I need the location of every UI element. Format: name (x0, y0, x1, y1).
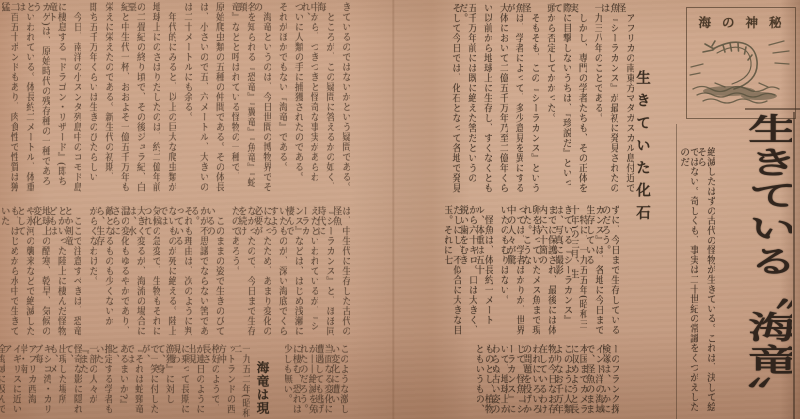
kicker-box: 海の神秘 (686, 7, 796, 119)
text-column: それがほかでもない『海竜』である。 (271, 2, 287, 196)
text-column: 一九五二年(昭和二 (235, 344, 250, 419)
text-column: ットランドの西方沖 (219, 344, 234, 419)
text-column: が連日のように出現 (189, 344, 204, 419)
text-column: とかいった陸上に棲んだ怪物どもは (50, 206, 66, 336)
sea-serpent-illustration-icon (689, 33, 793, 111)
text-column: 気候の急変で、生物もそれにつれて (145, 206, 161, 336)
text-column: 『それは蛇頸竜では (128, 344, 143, 419)
text-column: 一部の人々が『また (82, 344, 97, 419)
right-page-lower-text-band: ーのフランク探検隊は、いかにもインド洋の海域で、怪魚のままの本国までカメラに収め… (443, 344, 619, 419)
headline-rule-right (793, 112, 795, 419)
text-column: から六十キロ。口は大きく、鋭い歯をむき (461, 205, 477, 336)
text-column: 当面なる変化に遭遇しても逃げ (316, 344, 332, 419)
text-column: 大体において二億五千万年乃至二億年くら (492, 3, 508, 196)
text-column: アフリカ西海岸・南 (21, 344, 36, 419)
text-column: それも理由は、次のように判っている (176, 206, 192, 336)
text-column: カゲ)は、原始時代の残存種の一種であろう (34, 2, 50, 196)
text-column: は、中生代に生存した古代の怪魚 (334, 206, 350, 336)
text-column: 卵を持っていたメス魚まで現れた。こうな (524, 205, 540, 336)
text-column: たのであろう。 (224, 206, 240, 336)
text-column: 原始爬虫類の五種の仲間である。その体長 (208, 2, 224, 196)
text-column: 頭から否定してかかった。 (539, 3, 555, 196)
text-column: いて、地球上かわらぬ古い姿のま (493, 344, 509, 419)
left-page-middle-text-band: は、中生代に生存した古代の怪魚『シーラカンス』と、ほぼ同時代にえたといわれている… (2, 206, 350, 336)
text-column: は二十メートルにも余る。 (176, 2, 192, 196)
text-column: そして今日では、化石となって各地で発見 (444, 3, 460, 196)
text-column: っては、学者ばかりか、世界中の人々が驚 (508, 205, 524, 336)
right-page-middle-text-band: ずに、今日まで生存しているのだろう。カンス』は、各地に今日まで生存している 特に… (443, 205, 619, 336)
text-column: だしにし、不似合に大きな目玉。それに七 (445, 205, 461, 336)
text-column: ところが、この疑問に答えるかの如く、海 (318, 2, 334, 196)
text-column: の二畳紀の終り頃で、その後ジュラ紀、白堊 (129, 2, 145, 196)
text-column: ものとし、植物ともいうもの、何 (477, 344, 493, 419)
text-column: に棲息する『ドラゴン・リザード』(即ち竜ト (50, 2, 66, 196)
article-lead: 絶滅したはずの古代の怪物が生きている。これは、決して絵そらではない。奇しくも、事… (681, 147, 715, 419)
text-column: に棲む、恐れは少しも無い。 (285, 344, 301, 419)
text-column: 敵となるものも少くないから、生存 (97, 206, 113, 336)
left-page-lower-right-text-band: このような激しい変化に遭い当面なる変化に遭遇しても逃げか——絶滅を免れたのだろう… (278, 344, 348, 419)
text-column: い以前から地球上に生存し、すくなくとも (476, 3, 492, 196)
left-page-section-subhead: 海竜は現わ (251, 361, 271, 419)
text-column: 温の変化もゆるやかであり、さらに (113, 206, 129, 336)
text-column: なかったので、今日まで生存を続け (239, 206, 255, 336)
text-column: ーのフランク探検隊は、いかにも (603, 344, 619, 419)
text-column: 竜』などと呼ばれている怪物の一種で、 (224, 2, 240, 196)
magazine-spread-photo: きているのではないかという疑問である。 ところが、この疑問に答えるかの如く、海中… (0, 0, 800, 419)
text-column: に乗って長期に現わ (174, 344, 189, 419)
text-column: このままの姿で生きのびているの (208, 206, 224, 336)
text-column: 年代的にみると、以上の巨大な爬虫類が (160, 2, 176, 196)
text-column: 魚『シーラカンス』が最初に発見されたのは (602, 3, 618, 196)
text-column: も、はじめから水中で生きていた (2, 206, 18, 336)
text-column: 五千万年前には既に絶えた筈だというのだ。 (460, 3, 476, 196)
text-column: このように人類よりなお千万年も (556, 344, 572, 419)
text-column: といわれている。体長約二メートル、体重は (18, 2, 34, 196)
text-column: いたものが、深い海底でくらすよう (271, 206, 287, 336)
text-column: 漁獲』に対して、身 (158, 344, 173, 419)
text-column: インド洋の海域で、怪魚のままの (587, 344, 603, 419)
right-page-upper-text-band: アフリカの南東方マダガスカル島付近で怪魚『シーラカンス』が最初に発見されたのは一… (443, 3, 634, 196)
text-column: 絶滅したはずの古代の怪物が生きている。これは、決して絵そら (698, 147, 715, 419)
text-column: イギリスに近いア (5, 344, 20, 419)
text-column: きているのではないかという疑問である。 (334, 2, 350, 196)
text-column: ンス』などは、はじめ浅瀬に棲んで (287, 206, 303, 336)
text-column: 栄えに栄えたのである。新生代の初期、 (97, 2, 113, 196)
text-column: ついに人類の手に捕獲されたのである。 (287, 2, 303, 196)
text-column: ずに、今日まで生存しているのだろう。 (603, 205, 619, 336)
text-column: は、小さいので五、六メートル、大きいの (192, 2, 208, 196)
text-column: 即ち五千万年くらいは生きのびたらしい (81, 2, 97, 196)
text-column: 紀と中生代一杯、おおよそ一億五千万年も (113, 2, 129, 196)
text-column: このような激しい変化に遭い (332, 344, 348, 419)
text-column: 『シーラカンス』と、ほぼ同時代に (318, 206, 334, 336)
text-column: カンス』は、各地に今日まで生存している (587, 205, 603, 336)
text-column: 特に、一九五五年(昭和三十年)の三月、生 (572, 205, 588, 336)
text-column: いたのもむりはない。 (493, 205, 509, 336)
text-column: 全海域に及んでいる (0, 344, 5, 419)
text-column: で一笑に付したが、 (143, 344, 158, 419)
text-column: 際に目撃しないうちは、『珍説だ』といって (555, 3, 571, 196)
text-column: えたといわれているが、『シーラカ (303, 206, 319, 336)
text-column: かが不思議でならない筈である。 (192, 206, 208, 336)
text-column: 本国までカメラに収めようと長い (572, 344, 588, 419)
left-page-lower-left-text-band: 一九五二年(昭和二ットランドの西方沖格好のようで、長さが連日のように出現に乗って… (0, 344, 250, 419)
text-column: 地球上にのさばりだしたのは、約二億年前 (145, 2, 161, 196)
text-column: や氷河の襲来などで絶滅したとして (18, 206, 34, 336)
text-column: までに保護され、最後には体内に六十箇の (540, 205, 556, 336)
text-column: 二百五十ポンドもあり、肉食性で性質は獰猛 (2, 2, 18, 196)
text-column: そもそも、この『シーラカンス』という怪 (523, 3, 539, 196)
text-column: あるまいか?』と、 (112, 344, 127, 419)
text-column: われにいろいろの問題を投げかけ (524, 344, 540, 419)
text-column: 出現した場所も、メ (51, 344, 66, 419)
text-column: 大きく変るが、海流の場合には、水 (129, 206, 145, 336)
text-column: きている『シーラカンス』は、写真に撮影 (556, 205, 572, 336)
text-column: 怪魚は、体長約一メートル、体重は五十 (477, 205, 493, 336)
text-column: じて、怪魚『シーラカンス』につ (508, 344, 524, 419)
text-column: ではない。奇しくも、事実は二十世紀の常識をくつがえしたのだ (681, 147, 698, 419)
left-page-upper-text-band: きているのではないかという疑問である。 ところが、この疑問に答えるかの如く、海中… (2, 2, 350, 196)
article-subhead-living-fossil: 生きていた化石 (631, 70, 653, 252)
text-column: 物が今日なお存在しているわけで (540, 344, 556, 419)
text-column: ないものが死に絶える。陸上では (160, 206, 176, 336)
kicker-title: 海の神秘 (687, 8, 795, 31)
text-column: 格好のようで、長さ (204, 344, 219, 419)
headline-rule-top (745, 108, 800, 110)
text-column: か——絶滅を免れたのだろう。 (301, 344, 317, 419)
text-column: ここで注意すべきは、恐竜とか剣竜 (66, 206, 82, 336)
text-column: 魚は、学者によって、多少意見を異にするが (508, 3, 524, 196)
text-column: 推定する学者もいた (97, 344, 112, 419)
text-column: しかし、専門の学者たちも、その正体を実 (571, 3, 587, 196)
text-column: がらくなわけだ。 (81, 206, 97, 336)
article-headline: 生きている〝海竜〟 (717, 113, 792, 419)
text-column: 今日、南洋の小スンダ列島中のコモド島 (66, 2, 82, 196)
text-column: 一九三八年のことである。 (587, 3, 603, 196)
text-column: キシコ湾・カリブ海 (36, 344, 51, 419)
text-column: になったため、あまり変化の必要が (255, 206, 271, 336)
text-column: 海竜というのは、今日世間の博物界でその (255, 2, 271, 196)
headline-rule-left (676, 124, 677, 419)
text-column: 怪奇な影に隠れて、 (66, 344, 81, 419)
text-column: 中から、つぎつぎと怪奇な事実があらわれ、 (303, 2, 319, 196)
text-column: 地球上の酷寒、乾旱、気候の変化 (34, 206, 50, 336)
text-column: 名を知られる『恐竜』『翼竜』『魚竜』『蛇頸 (239, 2, 255, 196)
